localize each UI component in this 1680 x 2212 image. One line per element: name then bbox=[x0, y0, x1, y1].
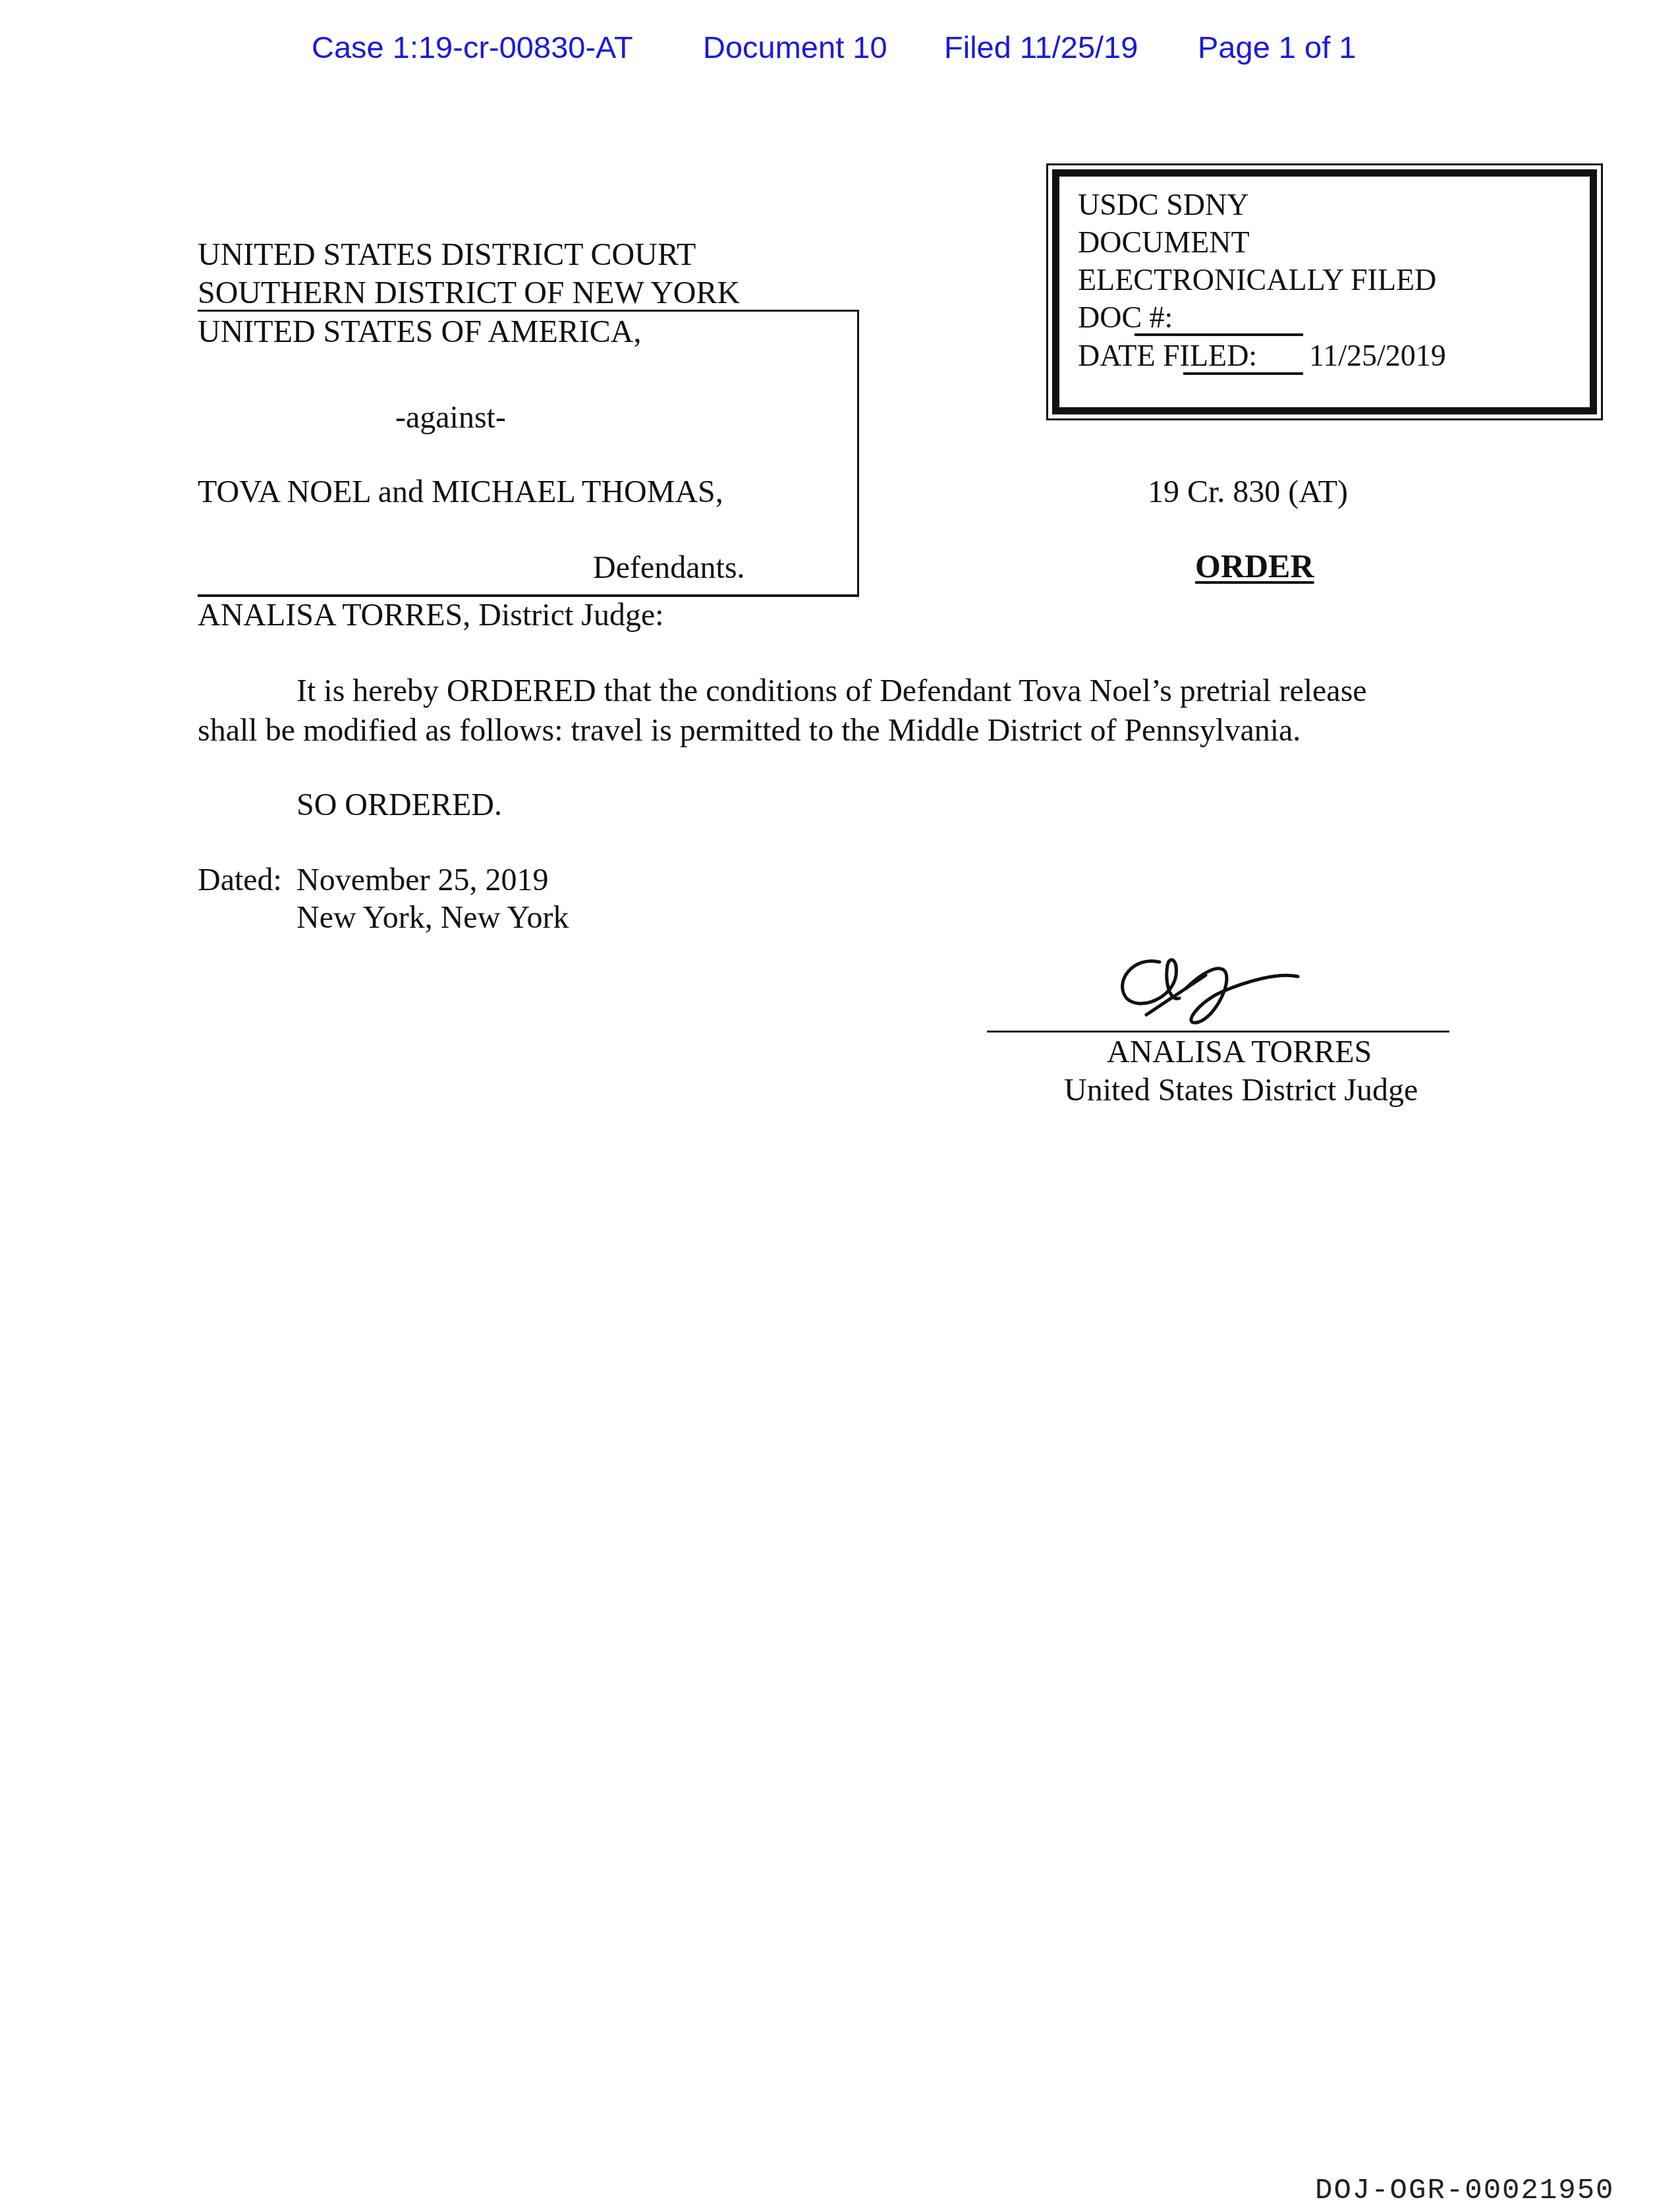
signer-title: United States District Judge bbox=[1064, 1071, 1418, 1110]
plaintiff: UNITED STATES OF AMERICA, bbox=[198, 313, 642, 351]
filed-date-header: Filed 11/25/19 bbox=[944, 29, 1138, 65]
case-number: 19 Cr. 830 (AT) bbox=[1148, 473, 1348, 511]
order-paragraph-line-1: It is hereby ORDERED that the conditions… bbox=[296, 672, 1367, 710]
bates-number: DOJ-OGR-00021950 bbox=[1315, 2174, 1614, 2207]
stamp-doc-label: DOC #: bbox=[1078, 298, 1173, 336]
signer-name: ANALISA TORRES bbox=[1107, 1033, 1372, 1071]
dated-label: Dated: bbox=[198, 861, 282, 899]
order-paragraph-line-2: shall be modified as follows: travel is … bbox=[198, 712, 1301, 750]
caption-border-top bbox=[198, 310, 859, 312]
defendants: TOVA NOEL and MICHAEL THOMAS, bbox=[198, 473, 723, 511]
document-number-header: Document 10 bbox=[703, 29, 887, 65]
caption-border-right bbox=[857, 310, 859, 597]
case-number-header: Case 1:19-cr-00830-AT bbox=[312, 29, 633, 65]
judge-signature-icon bbox=[1107, 936, 1318, 1028]
dated-place: New York, New York bbox=[296, 899, 569, 937]
ecf-header: Case 1:19-cr-00830-AT Document 10 Filed … bbox=[0, 29, 1680, 69]
judge-intro: ANALISA TORRES, District Judge: bbox=[198, 596, 664, 635]
signature-line bbox=[987, 1031, 1449, 1033]
stamp-date-label: DATE FILED: bbox=[1078, 337, 1257, 374]
document-title: ORDER bbox=[1195, 547, 1314, 585]
stamp-doc-underline bbox=[1134, 333, 1303, 336]
stamp-court: USDC SDNY bbox=[1078, 186, 1248, 223]
stamp-date-underline bbox=[1183, 372, 1303, 375]
page-count-header: Page 1 of 1 bbox=[1198, 29, 1356, 65]
so-ordered: SO ORDERED. bbox=[296, 786, 502, 824]
dated-date: November 25, 2019 bbox=[296, 861, 549, 899]
court-district: SOUTHERN DISTRICT OF NEW YORK bbox=[198, 274, 740, 312]
court-name: UNITED STATES DISTRICT COURT bbox=[198, 236, 696, 274]
stamp-date-value: 11/25/2019 bbox=[1309, 337, 1446, 374]
stamp-electronically-filed: ELECTRONICALLY FILED bbox=[1078, 261, 1436, 298]
defendants-label: Defendants. bbox=[593, 549, 745, 587]
stamp-document: DOCUMENT bbox=[1078, 223, 1250, 261]
versus-label: -against- bbox=[395, 399, 506, 437]
